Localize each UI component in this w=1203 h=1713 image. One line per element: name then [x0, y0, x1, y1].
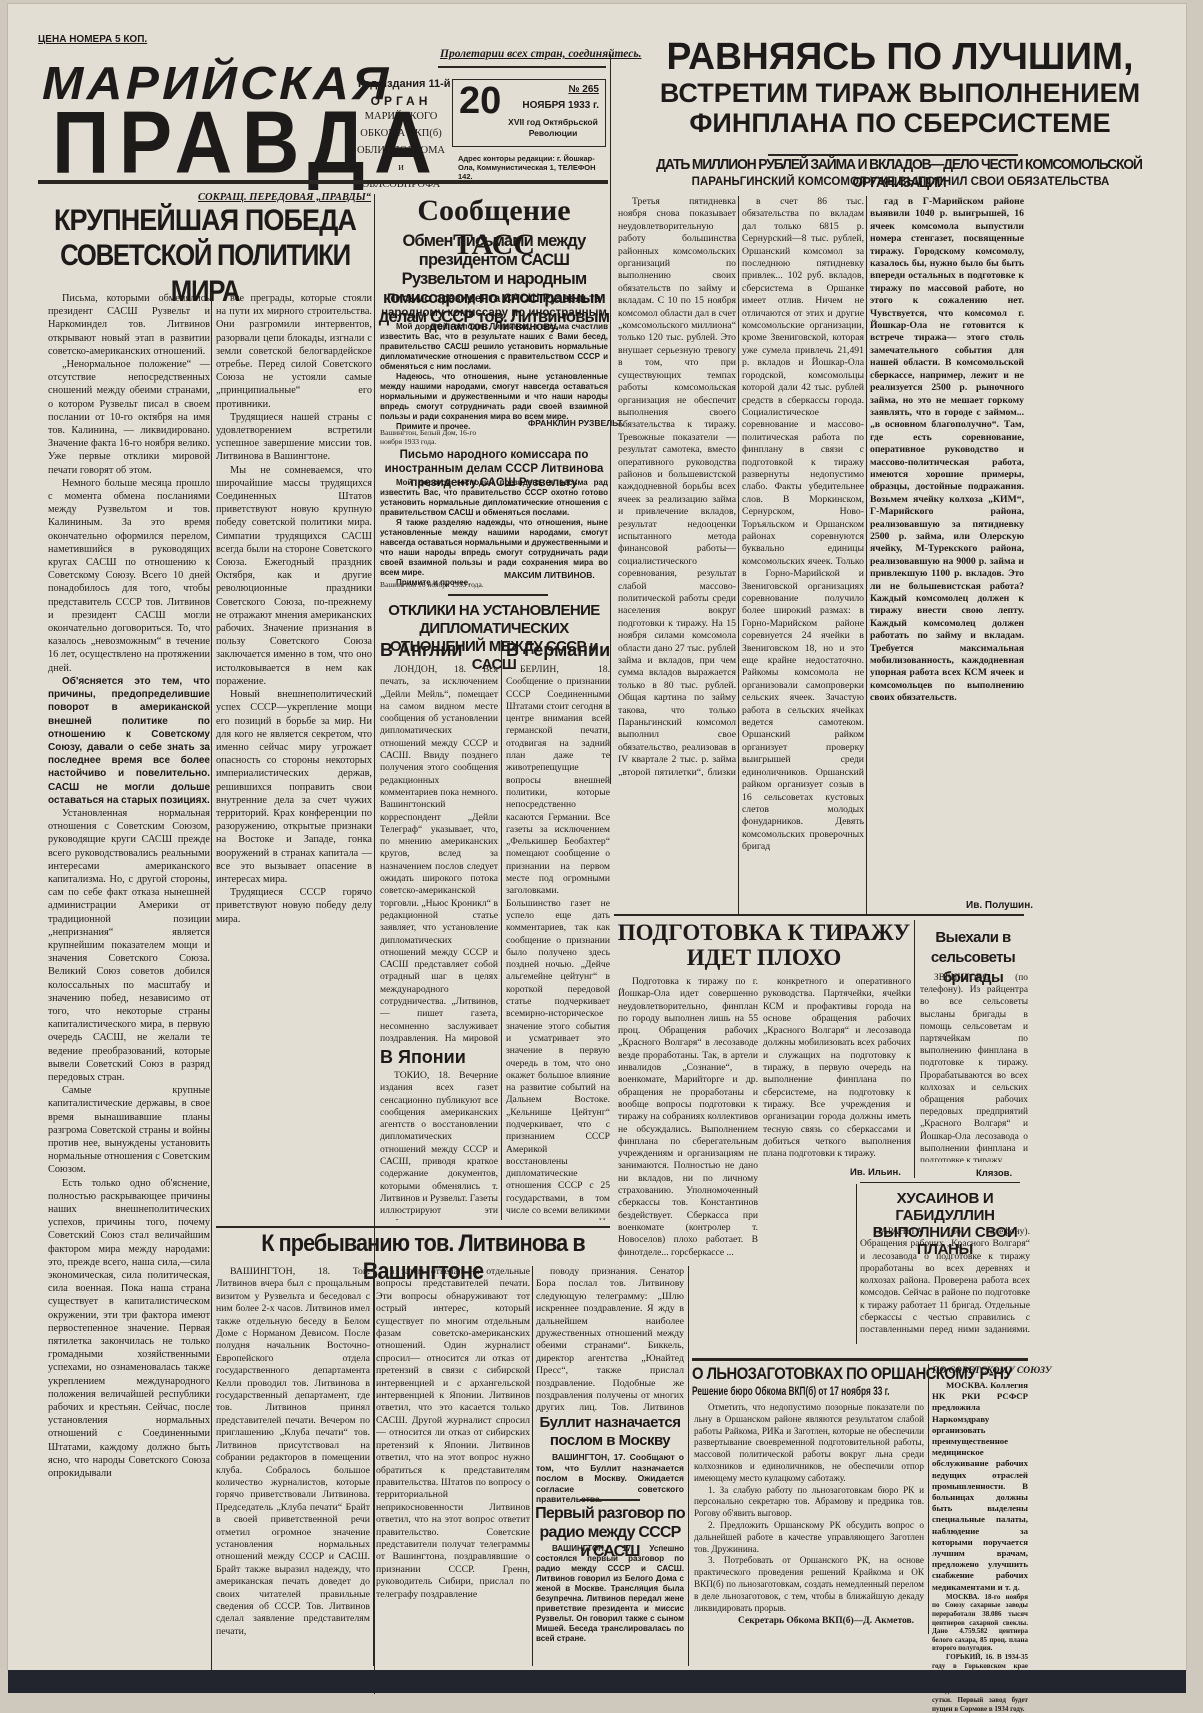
germany-title: В Германии	[506, 640, 610, 661]
letter2-dateline: Вашингтон 16 ноября 1933 года.	[380, 580, 484, 589]
divider	[438, 66, 606, 68]
komsomol-column-3: гад в Г-Марийском районе выявили 1040 р.…	[870, 196, 1024, 906]
column-rule	[373, 1266, 374, 1666]
editorial-column-1: Письма, которыми обменялись президент СА…	[48, 292, 210, 1672]
editorial-column-2: все преграды, которые стояли на пути их …	[216, 292, 372, 1222]
letter1-signature: ФРАНКЛИН РУЗВЕЛЬТ.	[528, 418, 624, 428]
slogan: Пролетарии всех стран, соединяйтесь.	[440, 48, 642, 60]
komsomol-signature: Ив. Полушин.	[966, 900, 1033, 911]
england-body: ЛОНДОН, 18. Вся печать, за исключением „…	[380, 664, 498, 1044]
issue-day: 20	[459, 80, 501, 122]
divider	[860, 1182, 1020, 1183]
year-label: Год издания 11-й	[358, 78, 451, 90]
bullitt-headline: Буллит назначается послом в Москву	[534, 1414, 686, 1450]
organ-line: ОБКОМА ВКП(б)	[356, 125, 446, 142]
editorial-kicker: СОКРАЩ. ПЕРЕДОВАЯ „ПРАВДЫ“	[198, 192, 371, 203]
banner-line1: РАВНЯЯСЬ ПО ЛУЧШИМ,	[626, 36, 1175, 78]
organ-line: ОБЛИСПОЛКОМА и	[356, 142, 446, 176]
preparation-signature: Ив. Ильин.	[850, 1167, 901, 1178]
newspaper-page: ЦЕНА НОМЕРА 5 КОП. Пролетарии всех стран…	[8, 4, 1186, 1670]
soviet-union-kicker: ПО СОВЕТСКОМУ СОЮЗУ	[932, 1366, 1051, 1376]
komsomol-column-1: Третья пятидневка ноября снова показывае…	[618, 196, 736, 776]
banner-line3: ФИНПЛАНА ПО СБЕРСИСТЕМЕ	[620, 108, 1180, 138]
issue-number: № 265	[568, 84, 599, 95]
masthead-title-line2: ПРАВДА	[52, 100, 352, 180]
letter1-body: Мой дорогой господин Литвинов, я весьма …	[380, 322, 608, 432]
brigades-signature: Клязов.	[976, 1168, 1012, 1179]
letter1-dateline: Вашингтон, Белый Дом, 16-го ноября 1933 …	[380, 428, 490, 446]
column-rule	[856, 1184, 857, 1344]
issue-box: 20 № 265 НОЯБРЯ 1933 г. XVII год Октябрь…	[452, 79, 606, 147]
masthead-rule	[38, 180, 608, 184]
divider	[614, 914, 1024, 916]
column-rule	[914, 920, 915, 1178]
divider	[692, 1358, 1028, 1361]
japan-title: В Японии	[380, 1047, 466, 1068]
organ-line: МАРИЙСКОГО	[356, 108, 446, 125]
flax-headline: О ЛЬНОЗАГОТОВКАХ ПО ОРШАНСКОМУ Р-НУ	[692, 1364, 901, 1384]
preparation-column-1: Подготовка к тиражу по г. Йошкар-Ола иде…	[618, 976, 758, 1334]
radio-body: ВАШИНГТОН, 17. Успешно состоялся первый …	[536, 1544, 684, 1644]
banner-line2: ВСТРЕТИМ ТИРАЖ ВЫПОЛНЕНИЕМ	[620, 78, 1180, 108]
england-title: В Англии	[380, 640, 463, 661]
washington-column-2: а затем отвечал на отдельные вопросы пре…	[376, 1266, 530, 1666]
komsomol-column-2: в счет 86 тыс. обязательства по вкладам …	[742, 196, 864, 916]
divider	[216, 1226, 610, 1228]
preparation-headline: ПОДГОТОВКА К ТИРАЖУ ИДЕТ ПЛОХО	[614, 920, 914, 970]
bullitt-body: ВАШИНГТОН, 17. Сообщают о том, что Булли…	[536, 1452, 684, 1505]
column-rule	[211, 292, 212, 1672]
column-rule	[374, 194, 375, 1693]
flax-signature: Секретарь Обкома ВКП(б)—Д. Акметов.	[738, 1616, 914, 1626]
organ-block: ОРГАН МАРИЙСКОГО ОБКОМА ВКП(б) ОБЛИСПОЛК…	[356, 94, 446, 193]
flax-subheadline: Решение бюро Обкома ВКП(б) от 17 ноября …	[692, 1386, 865, 1398]
flax-body: Отметить, что недопустимо позорные показ…	[694, 1402, 924, 1614]
germany-body: БЕРЛИН, 18. Сообщение о признании СССР С…	[506, 664, 610, 1220]
preparation-column-2: конкретного и оперативного руководства. …	[763, 976, 911, 1176]
washington-column-1: ВАШИНГТОН, 18. Тов. Литвинов вчера был с…	[216, 1266, 370, 1666]
issue-date: НОЯБРЯ 1933 г.	[522, 100, 599, 111]
column-rule	[928, 1364, 929, 1634]
letter2-signature: МАКСИМ ЛИТВИНОВ.	[504, 570, 595, 580]
revolution-year: XVII год Октябрьской Революции	[503, 117, 603, 139]
column-rule	[866, 196, 867, 916]
editorial-address: Адрес конторы редакции: г. Йошкар-Ола, К…	[458, 154, 608, 181]
soviet-union-body: МОСКВА. Коллегия НК РКИ РСФСР предложила…	[932, 1380, 1028, 1693]
column-rule	[501, 640, 502, 1220]
page-bottom-edge	[8, 1670, 1186, 1693]
japan-body: ТОКИО, 18. Вечерние издания всех газет с…	[380, 1070, 498, 1220]
brigades-body: ЗВЕНИГОВО (по телефону). Из райцентра во…	[920, 972, 1028, 1162]
divider	[448, 594, 548, 596]
column-rule	[532, 1266, 533, 1666]
column-rule	[738, 196, 739, 916]
banner-kicker: ПАРАНЬГИНСКИЙ КОМСОМОЛ УЖЕ ВЫПОЛНИЛ СВОИ…	[618, 176, 1183, 188]
divider	[580, 1499, 640, 1501]
husainov-body: ПАРАНЬГА (по телефону). Обращения рабочи…	[860, 1226, 1030, 1338]
banner: РАВНЯЯСЬ ПО ЛУЧШИМ, ВСТРЕТИМ ТИРАЖ ВЫПОЛ…	[620, 36, 1180, 138]
organ-line: ОБЛСОВПРОФА	[356, 176, 446, 193]
price-label: ЦЕНА НОМЕРА 5 КОП.	[38, 34, 147, 45]
